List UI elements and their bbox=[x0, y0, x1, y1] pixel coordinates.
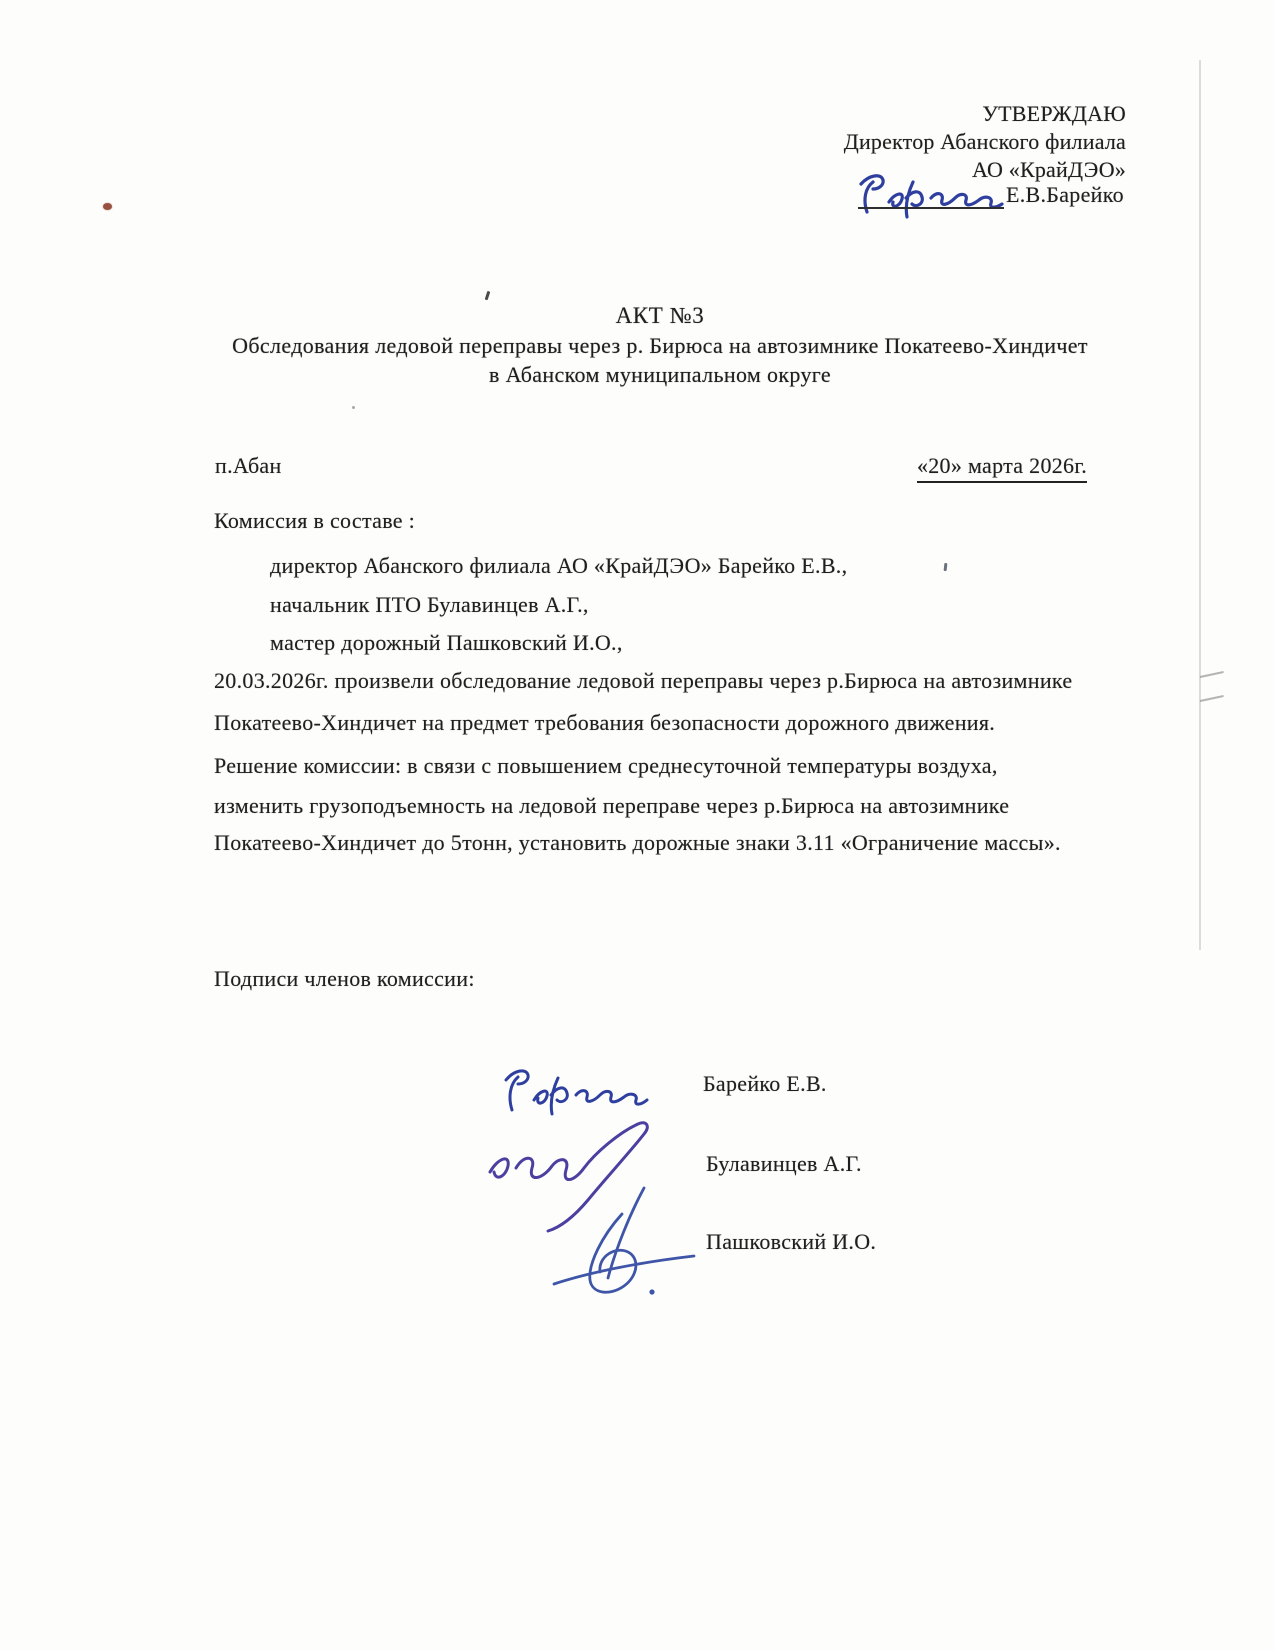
body-line: изменить грузоподъемность на ледовой пер… bbox=[214, 793, 1009, 819]
document-page: УТВЕРЖДАЮ Директор Абанского филиала АО … bbox=[0, 0, 1275, 1650]
scan-artifact-speck bbox=[485, 291, 490, 300]
scan-artifact-speck bbox=[944, 563, 947, 571]
act-subtitle: Обследования ледовой переправы через р. … bbox=[45, 333, 1275, 359]
body-line: 20.03.2026г. произвели обследование ледо… bbox=[214, 668, 1072, 694]
body-line: Покатеево-Хиндичет до 5тонн, установить … bbox=[214, 830, 1061, 856]
signer-name: Барейко Е.В. bbox=[703, 1071, 827, 1097]
signatures-heading: Подписи членов комиссии: bbox=[214, 966, 475, 992]
scan-artifact-crease-tick bbox=[1200, 671, 1224, 677]
act-title: АКТ №3 bbox=[45, 303, 1275, 329]
body-line: Покатеево-Хиндичет на предмет требования… bbox=[214, 710, 995, 736]
approval-heading: УТВЕРЖДАЮ bbox=[844, 100, 1126, 128]
commission-intro: Комиссия в составе : bbox=[214, 508, 415, 534]
signature-pashkovskiy bbox=[532, 1186, 712, 1304]
approval-director-line: Директор Абанского филиала bbox=[844, 128, 1126, 156]
approval-signature-line bbox=[858, 207, 1004, 209]
signature-bareyko bbox=[500, 1062, 650, 1124]
date-label: «20» марта 2026г. bbox=[917, 453, 1087, 483]
scan-artifact-crease bbox=[1199, 60, 1201, 950]
commission-member: начальник ПТО Булавинцев А.Г., bbox=[270, 592, 589, 618]
commission-member: мастер дорожный Пашковский И.О., bbox=[270, 630, 623, 656]
approval-signer-name: Е.В.Барейко bbox=[1006, 182, 1124, 208]
signer-name: Пашковский И.О. bbox=[706, 1229, 876, 1255]
commission-member: директор Абанского филиала АО «КрайДЭО» … bbox=[270, 553, 847, 579]
place-label: п.Абан bbox=[215, 453, 282, 479]
act-subtitle-location: в Абанском муниципальном округе bbox=[45, 362, 1275, 388]
scan-artifact-crease-tick bbox=[1200, 695, 1224, 701]
signer-name: Булавинцев А.Г. bbox=[706, 1151, 862, 1177]
scan-artifact-red-dot bbox=[103, 203, 112, 210]
approval-signature bbox=[853, 170, 1008, 225]
scan-artifact-speck bbox=[352, 406, 355, 409]
body-line: Решение комиссии: в связи с повышением с… bbox=[214, 753, 998, 779]
